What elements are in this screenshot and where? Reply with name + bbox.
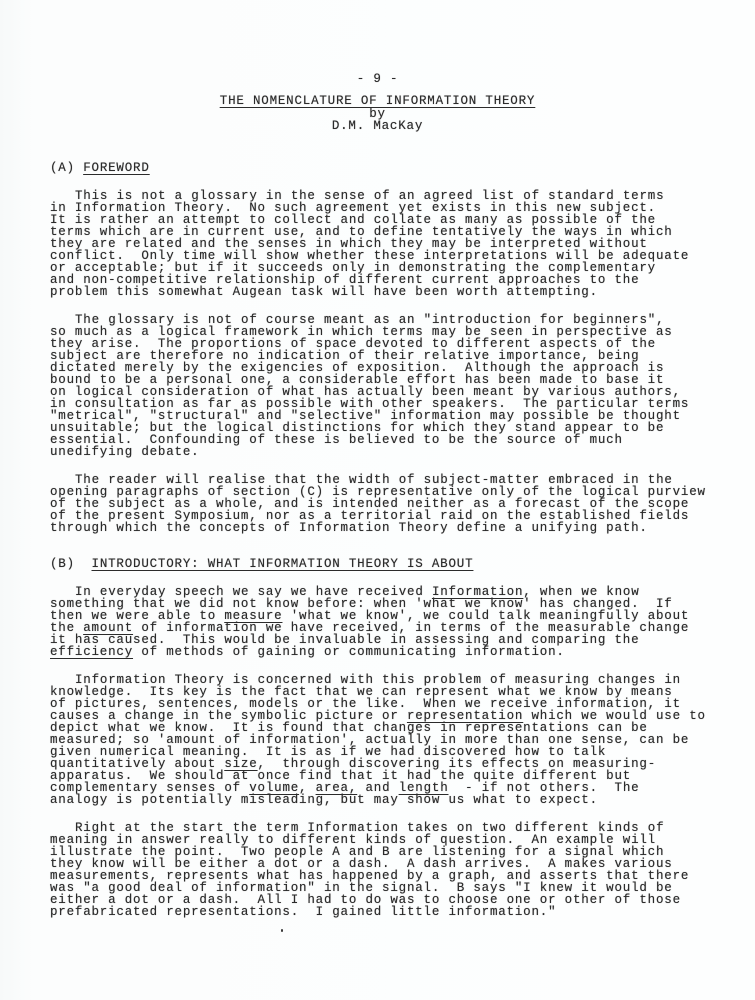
paragraph: The reader will realise that the width o… bbox=[50, 474, 715, 534]
document-title-row: THE NOMENCLATURE OF INFORMATION THEORY bbox=[0, 94, 755, 108]
underlined-term: efficiency bbox=[50, 645, 133, 659]
text-segment: through which the concepts of Informatio… bbox=[50, 521, 648, 535]
text-line: through which the concepts of Informatio… bbox=[50, 522, 715, 534]
paragraph: The glossary is not of course meant as a… bbox=[50, 314, 715, 458]
paragraph: Information Theory is concerned with thi… bbox=[50, 674, 715, 806]
section-label: (A) bbox=[50, 161, 83, 175]
text-line: problem this somewhat Augean task will h… bbox=[50, 286, 715, 298]
section-label: (B) bbox=[50, 557, 92, 571]
text-line: analogy is potentially misleading, but m… bbox=[50, 794, 715, 806]
page-number: - 9 - bbox=[0, 73, 755, 85]
text-segment: problem this somewhat Augean task will h… bbox=[50, 285, 598, 299]
document-sections: (A) FOREWORDThis is not a glossary in th… bbox=[50, 162, 715, 918]
text-line: efficiency of methods of gaining or comm… bbox=[50, 646, 715, 658]
section-heading-text: FOREWORD bbox=[83, 161, 149, 175]
author: D.M. MacKay bbox=[0, 120, 755, 132]
text-segment: prefabricated representations. I gained … bbox=[50, 905, 556, 919]
document-title: THE NOMENCLATURE OF INFORMATION THEORY bbox=[220, 94, 535, 108]
section-heading: (A) FOREWORD bbox=[50, 162, 715, 174]
document-header: - 9 - THE NOMENCLATURE OF INFORMATION TH… bbox=[0, 0, 755, 138]
text-segment: unedifying debate. bbox=[50, 445, 199, 459]
text-segment: analogy is potentially misleading, but m… bbox=[50, 793, 598, 807]
paragraph: Right at the start the term Information … bbox=[50, 822, 715, 918]
text-line: prefabricated representations. I gained … bbox=[50, 906, 715, 918]
document-page: - 9 - THE NOMENCLATURE OF INFORMATION TH… bbox=[0, 0, 755, 1000]
section-heading: (B) INTRODUCTORY: WHAT INFORMATION THEOR… bbox=[50, 558, 715, 570]
section-heading-text: INTRODUCTORY: WHAT INFORMATION THEORY IS… bbox=[92, 557, 474, 571]
text-line: unedifying debate. bbox=[50, 446, 715, 458]
text-segment: of methods of gaining or communicating i… bbox=[133, 645, 565, 659]
scan-speck bbox=[281, 929, 283, 932]
paragraph: In everyday speech we say we have receiv… bbox=[50, 586, 715, 658]
paragraph: This is not a glossary in the sense of a… bbox=[50, 190, 715, 298]
